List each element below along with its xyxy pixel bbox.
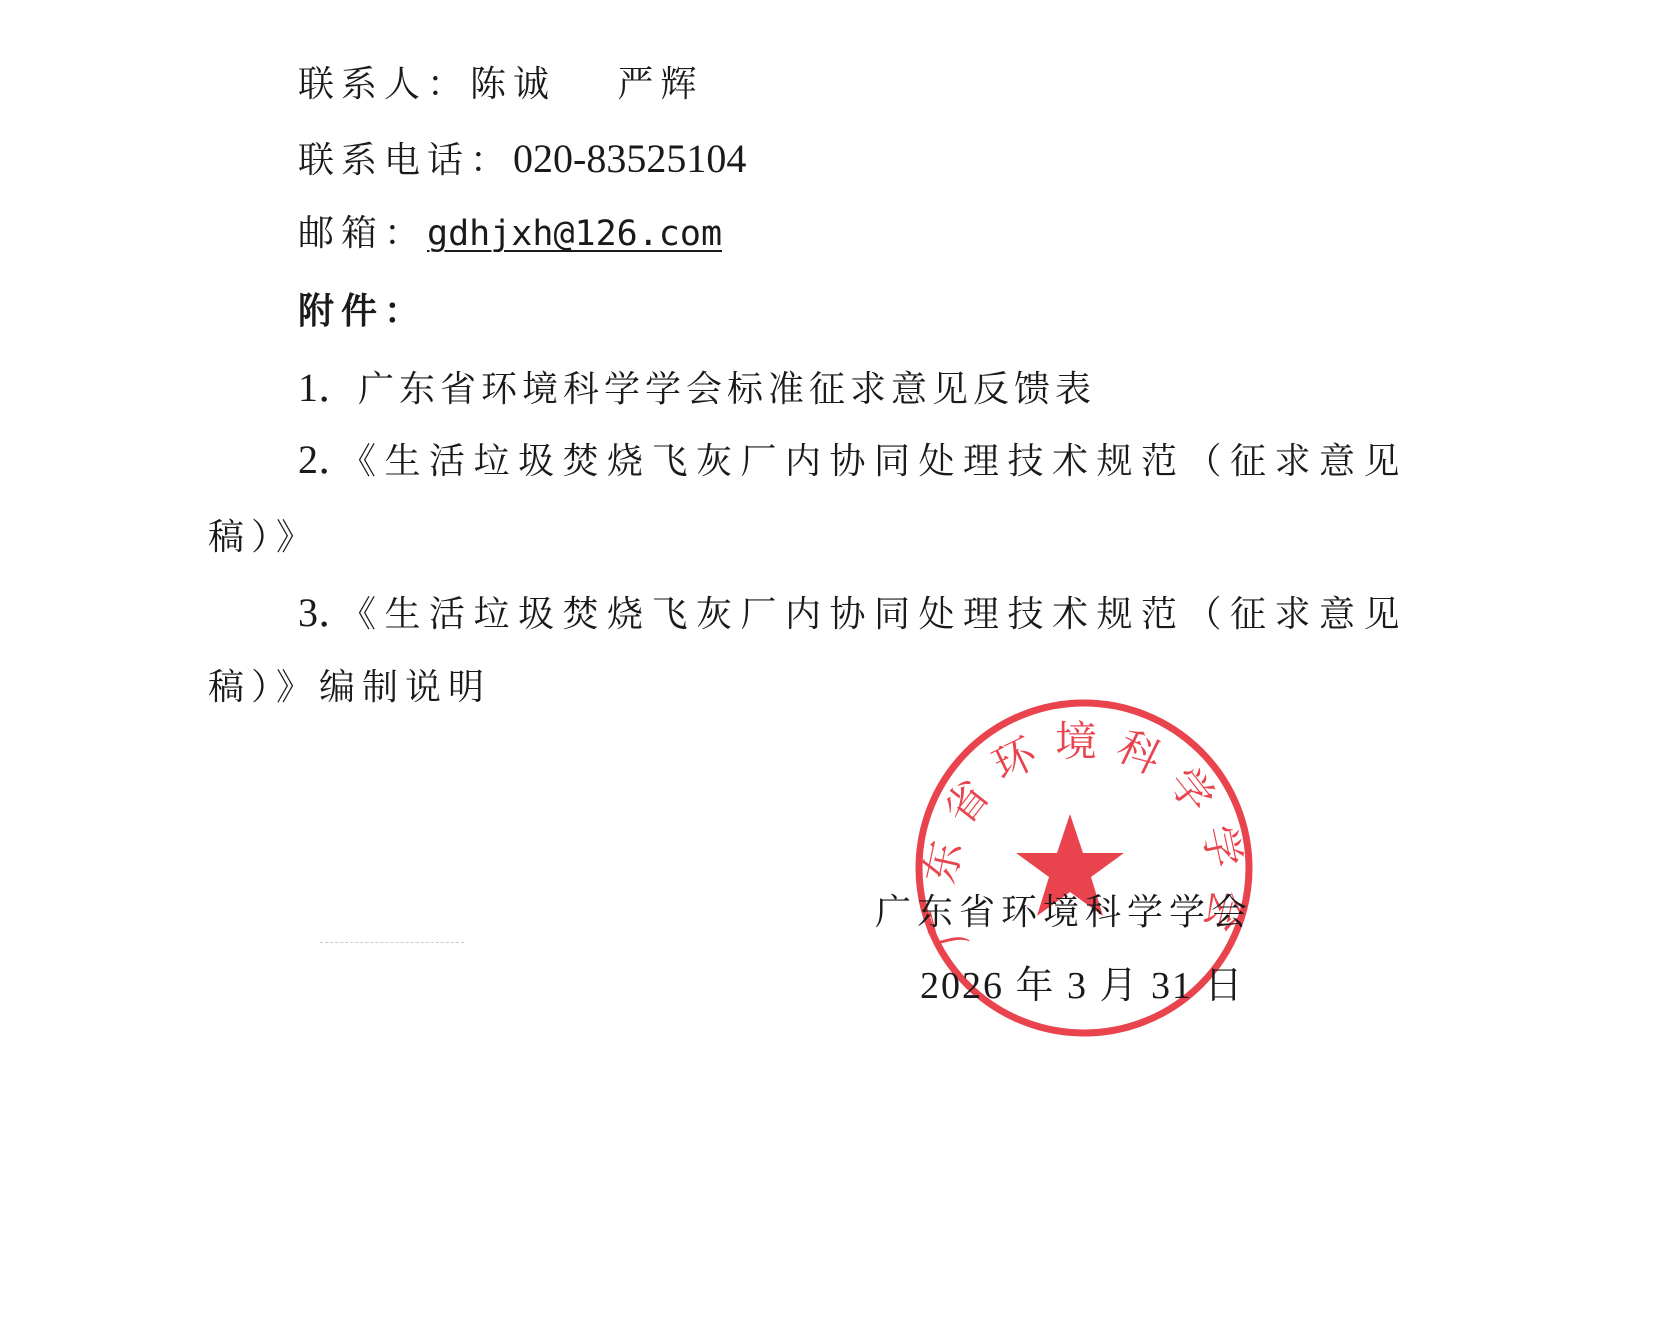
attachment-number: 1． xyxy=(298,365,358,410)
attachment-number: 2． xyxy=(298,437,358,482)
signature-date: 2026 年 3 月 31 日 xyxy=(920,966,1245,1007)
contact-email-label: 邮箱： xyxy=(298,213,427,254)
attachment-item-2: 2．《生活垃圾焚烧飞灰厂内协同处理技术规范（征求意见 xyxy=(298,440,1408,482)
contact-phone-value: 020-83525104 xyxy=(513,136,746,181)
contact-phone-label: 联系电话： xyxy=(298,140,513,181)
contact-person-label: 联系人： xyxy=(298,64,470,105)
date-text: 2026 年 3 月 31 日 xyxy=(920,965,1245,1007)
attachment-item-3-continued: 稿）》编制说明 xyxy=(208,668,491,708)
attachment-item-2-continued: 稿）》 xyxy=(208,518,319,558)
attachment-title: 《生活垃圾焚烧飞灰厂内协同处理技术规范（征求意见 xyxy=(358,594,1408,635)
attachment-item-1: 1．广东省环境科学学会标准征求意见反馈表 xyxy=(298,368,1096,410)
attachments-heading: 附件： xyxy=(298,291,427,331)
contact-person-value: 陈诚 严辉 xyxy=(470,64,703,105)
attachment-number: 3． xyxy=(298,590,358,635)
email-link[interactable]: gdhjxh@126.com xyxy=(427,214,722,254)
contact-email-line: 邮箱：gdhjxh@126.com xyxy=(298,214,722,254)
attachment-title: 《生活垃圾焚烧飞灰厂内协同处理技术规范（征求意见 xyxy=(358,441,1408,482)
attachment-title: 广东省环境科学学会标准征求意见反馈表 xyxy=(358,369,1096,410)
scan-artifact-line xyxy=(320,942,464,943)
signature-organization: 广东省环境科学学会 xyxy=(875,893,1253,933)
attachment-item-3: 3．《生活垃圾焚烧飞灰厂内协同处理技术规范（征求意见 xyxy=(298,593,1408,635)
contact-person-line: 联系人：陈诚 严辉 xyxy=(298,65,703,105)
contact-phone-line: 联系电话：020-83525104 xyxy=(298,139,746,181)
